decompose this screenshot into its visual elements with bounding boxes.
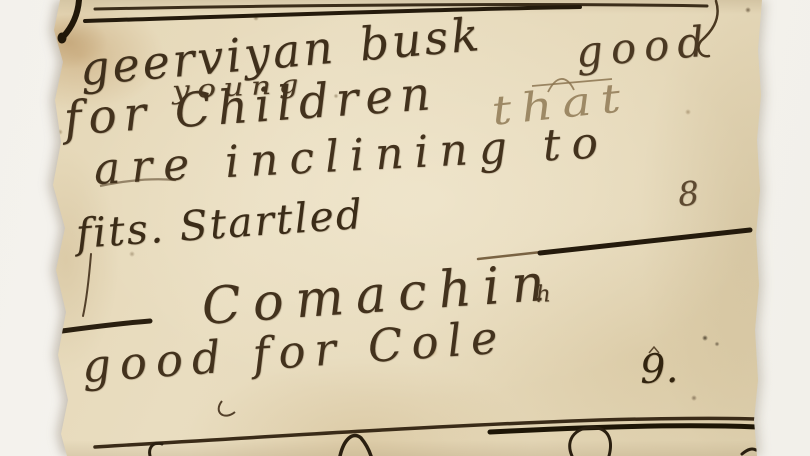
entry2-superscript-h: h bbox=[535, 283, 551, 307]
g-descender-loop bbox=[219, 401, 235, 416]
ink-blot bbox=[58, 33, 67, 44]
manuscript-page: geerviyan busk good young for Children t… bbox=[0, 0, 810, 456]
paper-shadow: geerviyan busk good young for Children t… bbox=[0, 0, 810, 456]
margin-number-8: 8 bbox=[677, 176, 701, 211]
bottom-rule-line bbox=[95, 418, 755, 447]
bottom-rule-line-heavy bbox=[490, 426, 757, 432]
f-descender-tail bbox=[83, 254, 91, 316]
entry1-line4: fits. Startled bbox=[75, 194, 366, 255]
long-dash-bold bbox=[540, 230, 750, 253]
cutoff-letter-stroke bbox=[570, 428, 611, 456]
cutoff-letter-stroke bbox=[742, 449, 756, 454]
top-rule-line bbox=[95, 5, 707, 9]
cutoff-descender-stroke bbox=[63, 0, 79, 37]
word-good: good bbox=[574, 20, 713, 74]
cutoff-letter-stroke bbox=[340, 435, 371, 456]
cutoff-letter-stroke bbox=[150, 443, 162, 456]
word-busk: busk bbox=[358, 11, 484, 68]
entry2-line2: good for Cole bbox=[80, 314, 507, 389]
manuscript-scan: geerviyan busk good young for Children t… bbox=[0, 0, 810, 456]
dash-before-comachin bbox=[62, 321, 150, 331]
margin-number-9: 9. bbox=[639, 349, 679, 390]
